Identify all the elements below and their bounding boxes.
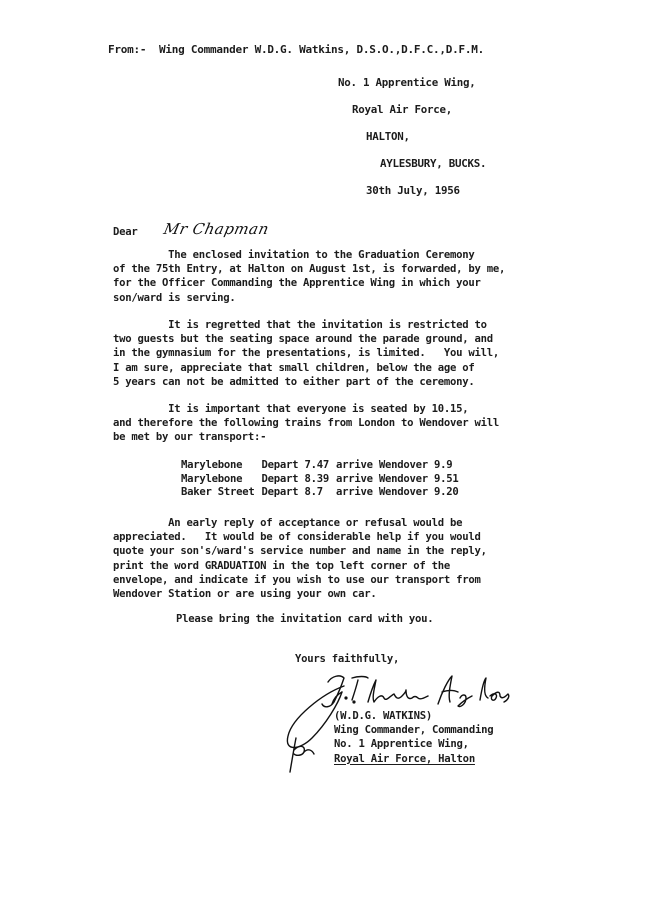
train-timetable: Marylebone Depart 7.47 arrive Wendover 9… (181, 459, 466, 500)
paragraph-line: for the Officer Commanding the Apprentic… (113, 276, 505, 290)
paragraph-transport: It is important that everyone is seated … (113, 402, 499, 445)
address-line-service: Royal Air Force, (352, 103, 452, 116)
paragraph-line: An early reply of acceptance or refusal … (113, 516, 487, 530)
handwritten-recipient-name: Mr Chapman (162, 220, 271, 238)
arrive-label: arrive Wendover (336, 473, 428, 485)
paragraph-invitation: The enclosed invitation to the Graduatio… (113, 248, 505, 305)
paragraph-line: print the word GRADUATION in the top lef… (113, 559, 487, 573)
train-station: Baker Street (181, 486, 262, 500)
paragraph-line: I am sure, appreciate that small childre… (113, 361, 499, 375)
paragraph-line: son/ward is serving. (113, 291, 505, 305)
train-depart: Depart 7.47 (262, 459, 336, 473)
letter-date: 30th July, 1956 (366, 184, 460, 197)
from-line: From:- Wing Commander W.D.G. Watkins, D.… (108, 43, 484, 57)
signatory-rank: Wing Commander, Commanding (334, 723, 493, 737)
train-arrive: arrive Wendover 9.9 (336, 459, 466, 473)
paragraph-line: The enclosed invitation to the Graduatio… (113, 248, 505, 262)
paragraph-line: and therefore the following trains from … (113, 416, 499, 430)
paragraph-line: envelope, and indicate if you wish to us… (113, 573, 487, 587)
train-arrive: arrive Wendover 9.20 (336, 486, 466, 500)
train-station: Marylebone (181, 459, 262, 473)
salutation: Dear (113, 225, 138, 239)
signatory-unit: No. 1 Apprentice Wing, (334, 737, 493, 751)
paragraph-line: It is important that everyone is seated … (113, 402, 499, 416)
address-line-town: HALTON, (366, 130, 410, 143)
paragraph-line: of the 75th Entry, at Halton on August 1… (113, 262, 505, 276)
depart-time: 8.7 (304, 486, 322, 498)
signatory-location: Royal Air Force, Halton (334, 752, 493, 766)
train-station: Marylebone (181, 473, 262, 487)
paragraph-line: two guests but the seating space around … (113, 332, 499, 346)
depart-label: Depart (262, 473, 299, 485)
train-depart: Depart 8.39 (262, 473, 336, 487)
arrive-time: 9.51 (434, 473, 459, 485)
paragraph-line: in the gymnasium for the presentations, … (113, 346, 499, 360)
paragraph-line: appreciated. It would be of considerable… (113, 530, 487, 544)
arrive-label: arrive Wendover (336, 486, 428, 498)
depart-time: 8.39 (304, 473, 329, 485)
depart-label: Depart (262, 486, 299, 498)
closing: Yours faithfully, (295, 652, 399, 666)
paragraph-bring-card: Please bring the invitation card with yo… (176, 612, 433, 626)
train-row: Marylebone Depart 8.39 arrive Wendover 9… (181, 473, 466, 487)
depart-time: 7.47 (304, 459, 329, 471)
paragraph-line: 5 years can not be admitted to either pa… (113, 375, 499, 389)
paragraph-restrictions: It is regretted that the invitation is r… (113, 318, 499, 389)
train-depart: Depart 8.7 (262, 486, 336, 500)
paragraph-reply: An early reply of acceptance or refusal … (113, 516, 487, 601)
train-row: Marylebone Depart 7.47 arrive Wendover 9… (181, 459, 466, 473)
paragraph-line: be met by our transport:- (113, 430, 499, 444)
paragraph-line: Please bring the invitation card with yo… (176, 612, 433, 626)
depart-label: Depart (262, 459, 299, 471)
paragraph-line: It is regretted that the invitation is r… (113, 318, 499, 332)
signature-block: (W.D.G. WATKINS) Wing Commander, Command… (334, 709, 493, 766)
letter-page: From:- Wing Commander W.D.G. Watkins, D.… (0, 0, 650, 920)
paragraph-line: quote your son's/ward's service number a… (113, 544, 487, 558)
signatory-name: (W.D.G. WATKINS) (334, 709, 493, 723)
arrive-time: 9.9 (434, 459, 452, 471)
arrive-label: arrive Wendover (336, 459, 428, 471)
paragraph-line: Wendover Station or are using your own c… (113, 587, 487, 601)
address-line-county: AYLESBURY, BUCKS. (380, 157, 486, 170)
address-line-unit: No. 1 Apprentice Wing, (338, 76, 476, 89)
train-row: Baker Street Depart 8.7 arrive Wendover … (181, 486, 466, 500)
arrive-time: 9.20 (434, 486, 459, 498)
train-arrive: arrive Wendover 9.51 (336, 473, 466, 487)
